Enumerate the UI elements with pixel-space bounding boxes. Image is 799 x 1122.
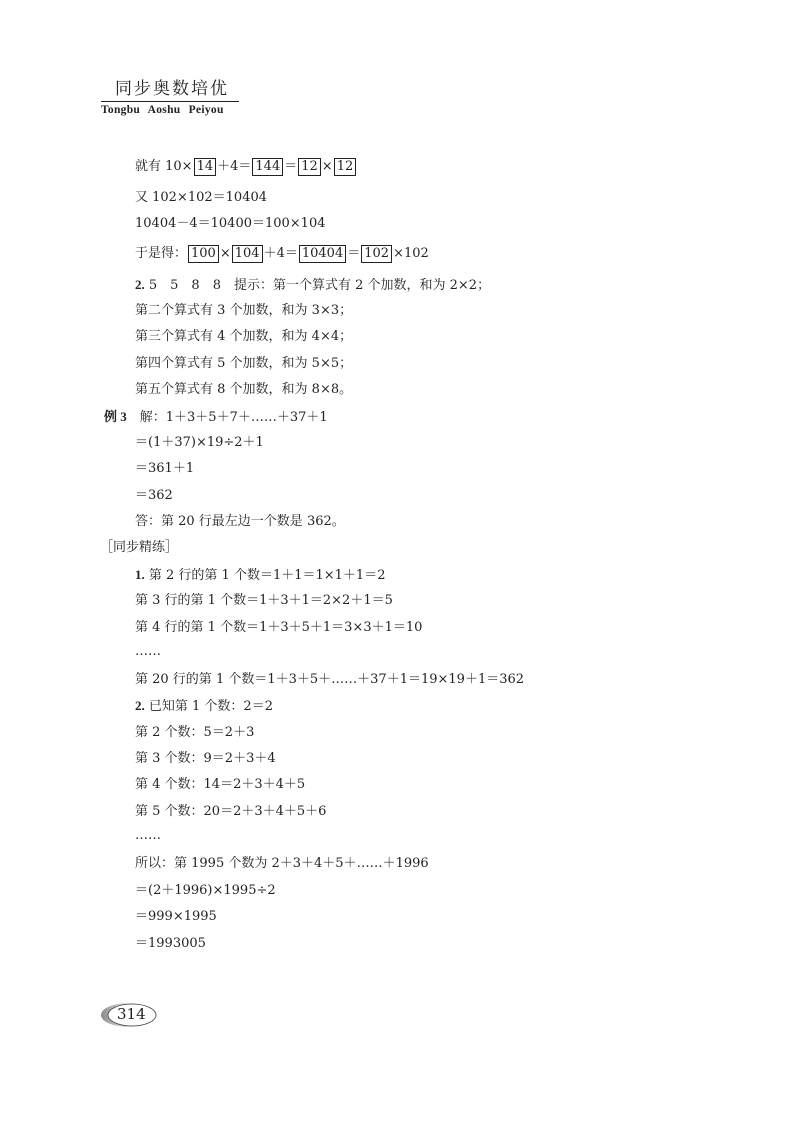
equation-line: 第 4 个数：14＝2＋3＋4＋5	[135, 776, 305, 794]
header-rule	[101, 101, 239, 102]
page-number-badge: 314	[100, 1002, 158, 1028]
answer-box: 14	[194, 158, 217, 176]
equation-line: 于是得：100×104＋4＝10404＝102×102	[135, 245, 429, 263]
page-number: 314	[117, 1005, 146, 1023]
text-line: 答：第 20 行最左边一个数是 362。	[135, 513, 345, 531]
text-line: 第五个算式有 8 个加数，和为 8×8。	[135, 381, 352, 399]
item-number: 2.	[135, 277, 145, 292]
equation-line: ＝1993005	[135, 935, 206, 953]
answer-line: 2. 已知第 1 个数：2＝2	[135, 697, 273, 716]
equation-line: 第 3 行的第 1 个数＝1＋3＋1＝2×2＋1＝5	[135, 592, 393, 610]
equation-line: 又 102×102＝10404	[135, 189, 267, 207]
text-line: 第四个算式有 5 个加数，和为 5×5；	[135, 355, 352, 373]
item-number: 1.	[135, 567, 145, 582]
ellipsis-line: ……	[135, 643, 161, 661]
running-header: 同步奥数培优 Tongbu Aoshu Peiyou	[101, 74, 239, 116]
text-line: 第三个算式有 4 个加数，和为 4×4；	[135, 328, 352, 346]
equation-line: ＝999×1995	[135, 908, 217, 926]
equation-line: 第 2 个数：5＝2＋3	[135, 724, 254, 742]
item-number: 2.	[135, 698, 145, 713]
answer-box: 12	[298, 158, 321, 176]
equation-line: ＝(2＋1996)×1995÷2	[135, 882, 276, 900]
example-label: 例 3	[104, 409, 127, 424]
answer-line: 2. 5 5 8 8 提示：第一个算式有 2 个加数，和为 2×2；	[135, 276, 490, 295]
section-title: ［同步精练］	[100, 539, 178, 557]
ellipsis-line: ……	[135, 827, 161, 845]
equation-line: 所以：第 1995 个数为 2＋3＋4＋5＋……＋1996	[135, 855, 429, 873]
text-line: 第二个算式有 3 个加数，和为 3×3；	[135, 302, 352, 320]
answer-box: 102	[361, 245, 392, 263]
equation-line: 第 4 行的第 1 个数＝1＋3＋5＋1＝3×3＋1＝10	[135, 619, 422, 637]
equation-line: 第 20 行的第 1 个数＝1＋3＋5＋……＋37＋1＝19×19＋1＝362	[135, 671, 524, 689]
book-subtitle: Tongbu Aoshu Peiyou	[101, 104, 239, 116]
equation-line: ＝(1＋37)×19÷2＋1	[135, 434, 264, 452]
book-title: 同步奥数培优	[101, 74, 239, 99]
equation-line: ＝361＋1	[135, 460, 194, 478]
equation-line: 10404－4＝10400＝100×104	[135, 215, 326, 233]
equation-line: 第 5 个数：20＝2＋3＋4＋5＋6	[135, 803, 326, 821]
answer-box: 100	[188, 245, 219, 263]
equation-line: ＝362	[135, 487, 173, 505]
answer-box: 12	[334, 158, 357, 176]
equation-line: 第 3 个数：9＝2＋3＋4	[135, 750, 276, 768]
example-heading: 例 3 解：1＋3＋5＋7＋……＋37＋1	[104, 408, 328, 427]
equation-line: 就有 10×14＋4＝144＝12×12	[135, 158, 357, 176]
answer-box: 10404	[299, 245, 346, 263]
answer-box: 104	[232, 245, 263, 263]
answer-line: 1. 第 2 行的第 1 个数＝1＋1＝1×1＋1＝2	[135, 566, 385, 585]
answer-box: 144	[252, 158, 283, 176]
